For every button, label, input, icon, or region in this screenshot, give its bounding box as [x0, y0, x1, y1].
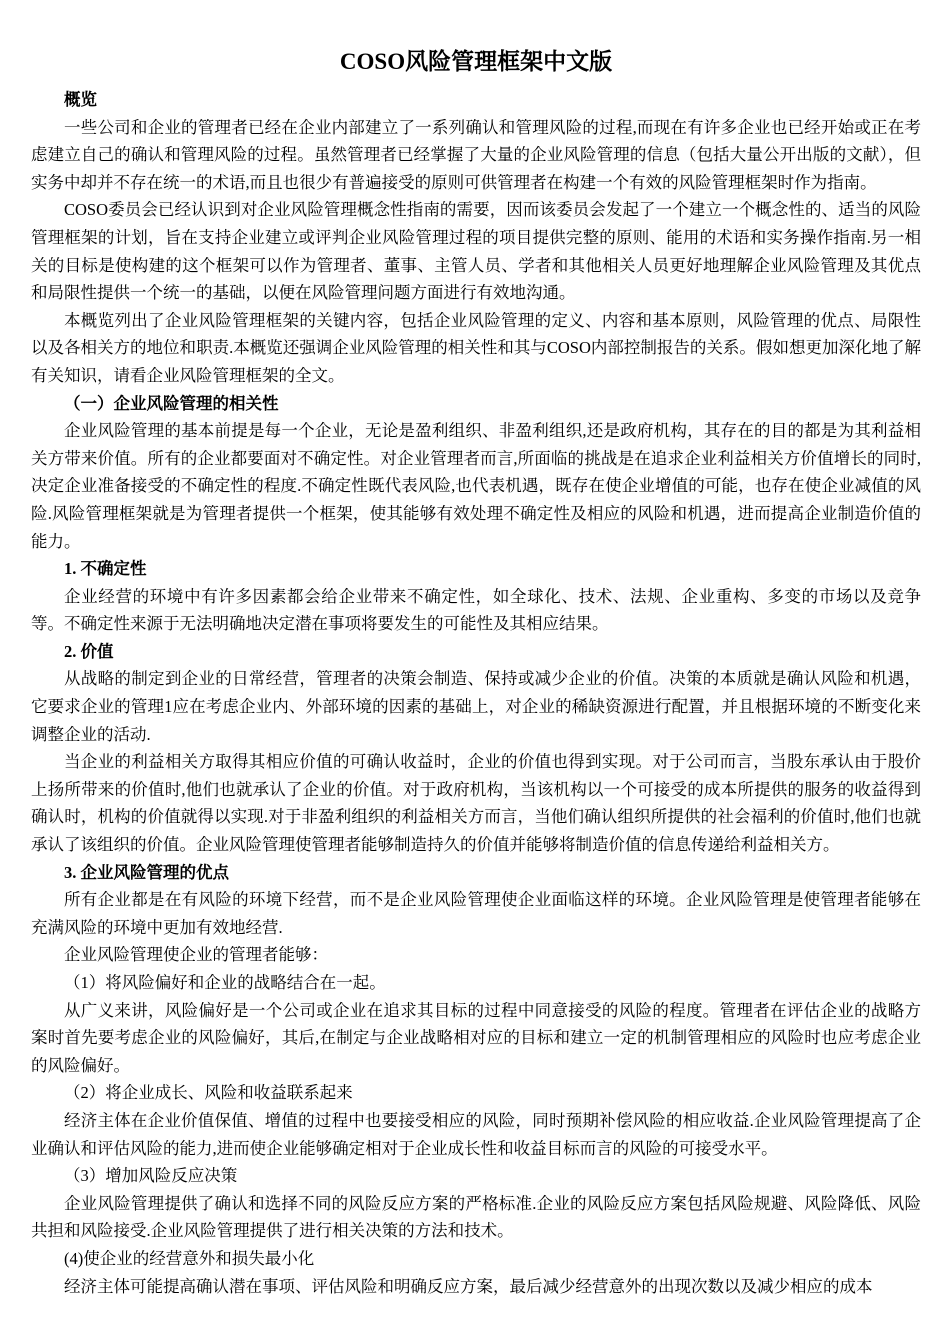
growth-risk-return-paragraph: 经济主体在企业价值保值、增值的过程中也要接受相应的风险，同时预期补偿风险的相应收…	[31, 1107, 921, 1162]
minimize-loss-paragraph: 经济主体可能提高确认潜在事项、评估风险和明确反应方案，最后减少经营意外的出现次数…	[31, 1273, 921, 1301]
advantages-intro-paragraph-1: 所有企业都是在有风险的环境下经营，而不是企业风险管理使企业面临这样的环境。企业风…	[31, 886, 921, 941]
uncertainty-paragraph: 企业经营的环境中有许多因素都会给企业带来不确定性，如全球化、技术、法规、企业重构…	[31, 583, 921, 638]
advantage-2-item: （2）将企业成长、风险和收益联系起来	[31, 1079, 921, 1107]
advantage-1-item: （1）将风险偏好和企业的战略结合在一起。	[31, 969, 921, 997]
overview-intro-paragraph: 一些公司和企业的管理者已经在企业内部建立了一系列确认和管理风险的过程,而现在有许…	[31, 114, 921, 197]
advantage-4-item: (4)使企业的经营意外和损失最小化	[31, 1245, 921, 1273]
uncertainty-heading: 1. 不确定性	[31, 555, 921, 583]
coso-committee-paragraph: COSO委员会已经认识到对企业风险管理概念性指南的需要，因而该委员会发起了一个建…	[31, 196, 921, 306]
relevance-paragraph: 企业风险管理的基本前提是每一个企业，无论是盈利组织、非盈利组织,还是政府机构，其…	[31, 417, 921, 555]
overview-contents-paragraph: 本概览列出了企业风险管理框架的关键内容，包括企业风险管理的定义、内容和基本原则，…	[31, 307, 921, 390]
value-paragraph-2: 当企业的利益相关方取得其相应价值的可确认收益时，企业的价值也得到实现。对于公司而…	[31, 748, 921, 858]
document-title: COSO风险管理框架中文版	[31, 46, 921, 78]
value-paragraph-1: 从战略的制定到企业的日常经营，管理者的决策会制造、保持或减少企业的价值。决策的本…	[31, 665, 921, 748]
risk-response-paragraph: 企业风险管理提供了确认和选择不同的风险反应方案的严格标准.企业的风险反应方案包括…	[31, 1190, 921, 1245]
risk-appetite-paragraph: 从广义来讲，风险偏好是一个公司或企业在追求其目标的过程中同意接受的风险的程度。管…	[31, 997, 921, 1080]
value-heading: 2. 价值	[31, 638, 921, 666]
document-body: 概览一些公司和企业的管理者已经在企业内部建立了一系列确认和管理风险的过程,而现在…	[31, 86, 921, 1300]
overview-heading: 概览	[31, 86, 921, 114]
advantage-3-item: （3）增加风险反应决策	[31, 1162, 921, 1190]
section-1-relevance-heading: （一）企业风险管理的相关性	[31, 390, 921, 418]
document-page: COSO风险管理框架中文版 概览一些公司和企业的管理者已经在企业内部建立了一系列…	[0, 0, 950, 1344]
erm-advantages-heading: 3. 企业风险管理的优点	[31, 859, 921, 887]
advantages-intro-paragraph-2: 企业风险管理使企业的管理者能够：	[31, 941, 921, 969]
